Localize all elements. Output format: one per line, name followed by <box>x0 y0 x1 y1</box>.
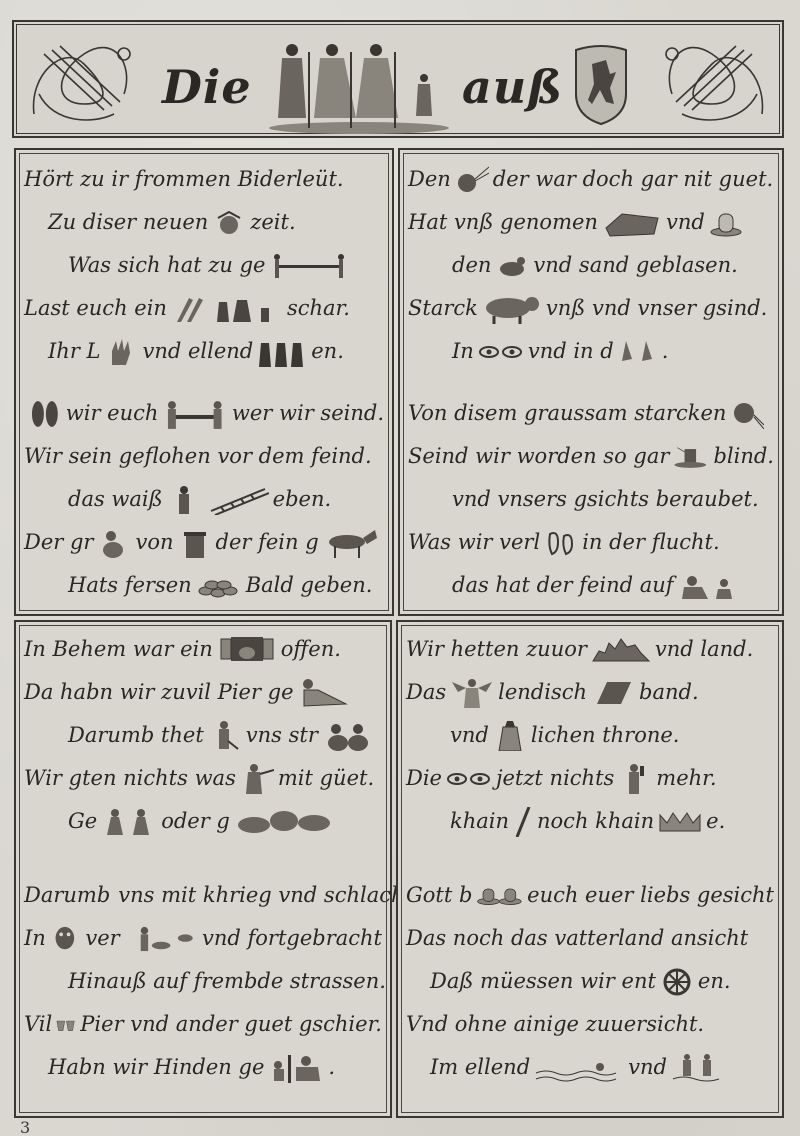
verse-text: . <box>662 330 669 373</box>
verse-text: vnd sand geblasen. <box>533 244 737 287</box>
stanza: Dender war doch gar nit guet. Hat vnß ge… <box>408 158 774 373</box>
verse-text: Daß müessen wir ent <box>430 960 656 1003</box>
donkey-icon <box>323 528 379 558</box>
verse-line: Wir gten nichts wasmit güet. <box>24 757 382 800</box>
verse-text: Ihr L <box>48 330 100 373</box>
panel-bottom-left: In Behem war einoffen. Da habn wir zuvil… <box>14 620 392 1118</box>
verse-text: In <box>24 917 46 960</box>
verse-text: Darumb <box>24 874 110 917</box>
verse-line: denvnd sand geblasen. <box>408 244 774 287</box>
verse-text: eben. <box>273 478 332 521</box>
verse-line: Wir sein geflohen vor dem feind. <box>24 435 384 478</box>
verse-text: Zu diser neuen <box>48 201 208 244</box>
verse-text: Gott b <box>406 874 472 917</box>
verse-text: Seind wir worden so gar <box>408 435 669 478</box>
owl-icon <box>50 924 82 954</box>
cellar-window-with-barrel-icon <box>217 635 277 665</box>
verse-line: Dender war doch gar nit guet. <box>408 158 774 201</box>
verse-text: der fein g <box>216 521 319 564</box>
verse-text: Habn wir Hinden ge <box>48 1046 264 1089</box>
lion-crest-icon <box>570 44 632 126</box>
verse-line: vnd vnsers gsichts beraubet. <box>408 478 774 521</box>
verse-text: Den <box>408 158 451 201</box>
verse-line: Daslendischband. <box>406 671 774 714</box>
verse-text: von <box>135 521 173 564</box>
verse-text: Bald geben. <box>246 564 373 607</box>
verse-line: khainnoch khaine. <box>406 800 774 843</box>
verse-text: vns mit khrieg vnd schlacht <box>118 874 413 917</box>
eagle-icon <box>495 251 529 281</box>
verse-text: Das <box>406 671 446 714</box>
soles-icon <box>28 399 62 429</box>
verse-text: en. <box>698 960 731 1003</box>
verse-line: Ihr Lvnd ellenden. <box>24 330 384 373</box>
verse-text: e. <box>706 800 725 843</box>
bishop-icon <box>493 721 527 751</box>
stanza: In Behem war einoffen. Da habn wir zuvil… <box>24 628 382 843</box>
figures-wading-icon <box>671 1053 721 1083</box>
verse-text: das waiß <box>68 478 163 521</box>
verse-line: Zu diser neuenzeit. <box>24 201 384 244</box>
verse-line: Hört zu ir frommen Biderleüt. <box>24 158 384 201</box>
verse-text: Wir sein geflohen vor dem feind. <box>24 435 372 478</box>
verse-line: Das noch das vatterland ansicht <box>406 917 774 960</box>
verse-line: In Behem war einoffen. <box>24 628 382 671</box>
verse-line: Hinauß auf frembde strassen. <box>24 960 382 1003</box>
verse-text: vns str <box>246 714 318 757</box>
verse-text: Von disem graussam starcken <box>408 392 726 435</box>
verse-text: ver <box>85 917 119 960</box>
verse-text: vnd vnsers gsichts beraubet. <box>452 478 759 521</box>
wind-head-icon <box>455 165 489 195</box>
verse-line: Starckvnß vnd vnser gsind. <box>408 287 774 330</box>
verse-line: Was wir verlin der flucht. <box>408 521 774 564</box>
verse-text: Der gr <box>24 521 93 564</box>
verse-line: wir euchwer wir seind. <box>24 392 384 435</box>
verse-text: noch khain <box>537 800 654 843</box>
verse-text: Im ellend <box>430 1046 530 1089</box>
verse-line: Invnd in d. <box>408 330 774 373</box>
angel-icon <box>450 678 494 708</box>
cloaked-figures-icon <box>257 337 307 367</box>
standing-man-with-sword-icon <box>208 721 242 751</box>
verse-text: Ge <box>68 800 97 843</box>
verse-text: Hört zu ir frommen Biderleüt. <box>24 158 344 201</box>
verse-text: vnd land. <box>655 628 753 671</box>
verse-text: lendisch <box>498 671 587 714</box>
monkey-icon <box>97 528 131 558</box>
city-view-icon <box>591 635 651 665</box>
pilgrims-walking-icon <box>264 32 454 136</box>
verse-line: Darumb thetvns str <box>24 714 382 757</box>
verse-text: vnd <box>450 714 489 757</box>
verse-line: Hats fersenBald geben. <box>24 564 384 607</box>
verse-line: Diejetzt nichtsmehr. <box>406 757 774 800</box>
tower-icon <box>178 528 212 558</box>
man-holding-object-icon <box>618 764 652 794</box>
verse-text: vnd <box>666 201 705 244</box>
title-word-die: Die <box>162 60 252 114</box>
monkeys-grooming-icon <box>322 721 372 751</box>
verse-text: vnß vnd vnser gsind. <box>546 287 767 330</box>
verse-text: oder g <box>161 800 230 843</box>
verse-text: der war doch gar nit guet. <box>493 158 773 201</box>
verse-text: Hinauß auf frembde strassen. <box>68 960 386 1003</box>
verse-line: Habn wir Hinden ge. <box>24 1046 382 1089</box>
verse-text: vnd <box>628 1046 667 1089</box>
figures-at-post-icon <box>268 1053 324 1083</box>
verse-text: in der flucht. <box>582 521 719 564</box>
verse-line: Invervnd fortgebracht <box>24 917 382 960</box>
verse-line: Wir hetten zuuorvnd land. <box>406 628 774 671</box>
verse-text: band. <box>639 671 699 714</box>
hat-icon <box>709 208 743 238</box>
buckets-icon <box>56 1010 76 1040</box>
men-carrying-stretcher-icon <box>269 251 349 281</box>
wheel-icon <box>660 967 694 997</box>
verse-text: khain <box>450 800 509 843</box>
verse-text: Was sich hat zu ge <box>68 244 265 287</box>
verse-text: vnd ellend <box>142 330 253 373</box>
radishes-icon <box>171 294 205 324</box>
verse-line: Der grvonder fein g <box>24 521 384 564</box>
piper-figure-icon <box>167 485 201 515</box>
ears-icon <box>544 528 578 558</box>
swimmer-in-water-icon <box>534 1053 624 1083</box>
verse-text: Hat vnß genomen <box>408 201 598 244</box>
verse-text: Die <box>406 757 442 800</box>
verse-line: Im ellendvnd <box>406 1046 774 1089</box>
verse-text: das hat der feind auf <box>452 564 674 607</box>
pointing-man-icon <box>240 764 274 794</box>
stanza: Hört zu ir frommen Biderleüt. Zu diser n… <box>24 158 384 373</box>
stanza: Darumbvns mit khrieg vnd schlacht Inverv… <box>24 874 382 1089</box>
verse-text: Pier vnd ander guet gschier. <box>80 1003 382 1046</box>
cloth-roll-icon <box>591 678 635 708</box>
verse-text: Last euch ein <box>24 287 167 330</box>
verse-line: Darumbvns mit khrieg vnd schlacht <box>24 874 382 917</box>
tree-stump-icon <box>673 442 709 472</box>
verse-text: In Behem war ein <box>24 628 213 671</box>
verse-line: Was sich hat zu ge <box>24 244 384 287</box>
title-word-aus: auß <box>462 60 563 114</box>
verse-text: lichen throne. <box>531 714 680 757</box>
verse-text: offen. <box>281 628 341 671</box>
two-hats-icon <box>476 881 523 911</box>
panel-bottom-right: Wir hetten zuuorvnd land. Daslendischban… <box>396 620 784 1118</box>
eyes-icon <box>478 337 524 367</box>
verse-text: schar. <box>287 287 350 330</box>
eyes-icon <box>446 764 492 794</box>
hand-icon <box>104 337 138 367</box>
wind-head-icon <box>730 399 764 429</box>
verse-line: Daß müessen wir enten. <box>406 960 774 1003</box>
scepter-icon <box>513 807 533 837</box>
calligraphic-flourish-icon <box>652 34 772 130</box>
verse-text: Wir gten nichts was <box>24 757 236 800</box>
verse-text: Starck <box>408 287 478 330</box>
butchers-at-table-icon <box>162 399 228 429</box>
bear-icon <box>482 294 542 324</box>
verse-text: jetzt nichts <box>496 757 614 800</box>
verse-text: Was wir verl <box>408 521 540 564</box>
verse-line: Last euch einschar. <box>24 287 384 330</box>
dancing-peasants-icon <box>101 807 157 837</box>
verse-line: Gott beuch euer liebs gesicht <box>406 874 774 917</box>
verse-text: In <box>452 330 474 373</box>
verse-text: wir euch <box>66 392 159 435</box>
panel-top-left: Hört zu ir frommen Biderleüt. Zu diser n… <box>14 148 394 616</box>
verse-text: den <box>452 244 491 287</box>
stanza: Wir hetten zuuorvnd land. Daslendischban… <box>406 628 774 843</box>
verse-line: das hat der feind auf <box>408 564 774 607</box>
men-gathering-icon <box>678 571 738 601</box>
verse-text: mehr. <box>656 757 716 800</box>
sheep-icon <box>234 807 334 837</box>
verse-text: vnd in d <box>528 330 614 373</box>
jester-head-icon <box>212 208 246 238</box>
verse-text: blind. <box>713 435 774 478</box>
drinking-figure-icon <box>298 678 348 708</box>
title-banner: Die auß <box>12 20 784 138</box>
calligraphic-flourish-icon <box>24 34 144 130</box>
crown-icon <box>658 807 702 837</box>
verse-line: Von disem graussam starcken <box>408 392 774 435</box>
verse-line: Geoder g <box>24 800 382 843</box>
verse-text: Das noch das vatterland ansicht <box>406 917 748 960</box>
verse-text: vnd fortgebracht <box>202 917 382 960</box>
verse-text: Da habn wir zuvil Pier ge <box>24 671 294 714</box>
page-number: 3 <box>20 1118 30 1136</box>
stanza: Von disem graussam starcken Seind wir wo… <box>408 392 774 607</box>
stanza: Gott beuch euer liebs gesicht Das noch d… <box>406 874 774 1089</box>
verse-text: mit güet. <box>278 757 374 800</box>
verse-text: Darumb thet <box>68 714 204 757</box>
verse-text: wer wir seind. <box>232 392 384 435</box>
hunter-with-dogs-and-hare-icon <box>124 924 198 954</box>
panel-top-right: Dender war doch gar nit guet. Hat vnß ge… <box>398 148 784 616</box>
ladder-icon <box>209 485 269 515</box>
verse-line: Hat vnß genomenvnd <box>408 201 774 244</box>
verse-text: Hats fersen <box>68 564 192 607</box>
verse-line: Seind wir worden so garblind. <box>408 435 774 478</box>
verse-text: zeit. <box>250 201 295 244</box>
coins-pile-icon <box>196 571 242 601</box>
verse-text: Vil <box>24 1003 52 1046</box>
verse-text: . <box>328 1046 335 1089</box>
verse-line: Vnd ohne ainige zuuersicht. <box>406 1003 774 1046</box>
noses-icon <box>618 337 658 367</box>
verse-text: en. <box>311 330 344 373</box>
verse-line: das waißeben. <box>24 478 384 521</box>
stanza: wir euchwer wir seind. Wir sein geflohen… <box>24 392 384 607</box>
verse-text: Wir hetten zuuor <box>406 628 587 671</box>
verse-text: Vnd ohne ainige zuuersicht. <box>406 1003 704 1046</box>
verse-line: Da habn wir zuvil Pier ge <box>24 671 382 714</box>
verse-line: vndlichen throne. <box>406 714 774 757</box>
cloth-bundle-icon <box>602 208 662 238</box>
verse-text: euch euer liebs gesicht <box>527 874 774 917</box>
verse-line: VilPier vnd ander guet gschier. <box>24 1003 382 1046</box>
pilgrims-group-icon <box>213 294 283 324</box>
